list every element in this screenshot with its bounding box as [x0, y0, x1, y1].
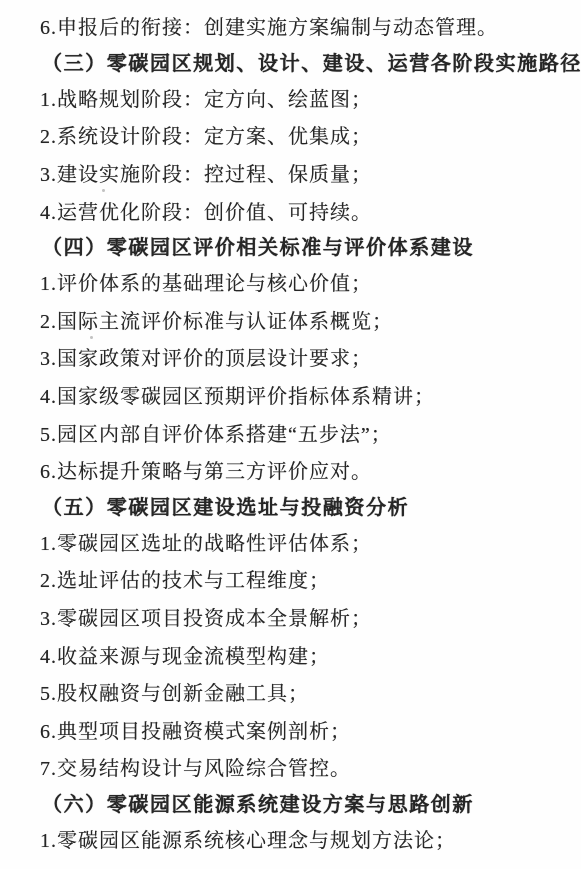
list-item: 6.申报后的衔接：创建实施方案编制与动态管理。 — [40, 7, 571, 45]
document-page: 6.申报后的衔接：创建实施方案编制与动态管理。 （三）零碳园区规划、设计、建设、… — [0, 0, 581, 869]
list-item: 5.股权融资与创新金融工具； — [40, 673, 571, 711]
list-item: 3.零碳园区项目投资成本全景解析； — [40, 598, 571, 636]
list-item: 3.建设实施阶段：控过程、保质量； — [40, 154, 571, 192]
scan-artifact — [102, 189, 105, 192]
list-item: 3.国家政策对评价的顶层设计要求； — [40, 338, 571, 376]
list-item: 2.选址评估的技术与工程维度； — [40, 560, 571, 598]
list-item: 4.收益来源与现金流模型构建； — [40, 635, 571, 673]
list-item: 2.国际主流评价标准与认证体系概览； — [40, 301, 571, 339]
list-item: 1.战略规划阶段：定方向、绘蓝图； — [40, 79, 571, 117]
list-item: 5.园区内部自评价体系搭建“五步法”； — [40, 413, 571, 451]
section-heading-6: （六）零碳园区能源系统建设方案与思路创新 — [40, 786, 571, 820]
list-item: 6.典型项目投融资模式案例剖析； — [40, 711, 571, 749]
list-item: 2.系统设计阶段：定方案、优集成； — [40, 116, 571, 154]
section-heading-3: （三）零碳园区规划、设计、建设、运营各阶段实施路径 — [40, 45, 571, 79]
list-item: 1.评价体系的基础理论与核心价值； — [40, 263, 571, 301]
list-item: 4.国家级零碳园区预期评价指标体系精讲； — [40, 376, 571, 414]
list-item: 1.零碳园区能源系统核心理念与规划方法论； — [40, 820, 571, 858]
list-item: 6.达标提升策略与第三方评价应对。 — [40, 451, 571, 489]
section-heading-4: （四）零碳园区评价相关标准与评价体系建设 — [40, 229, 571, 263]
scan-artifact — [90, 336, 93, 339]
list-item: 7.交易结构设计与风险综合管控。 — [40, 748, 571, 786]
list-item: 1.零碳园区选址的战略性评估体系； — [40, 523, 571, 561]
section-heading-5: （五）零碳园区建设选址与投融资分析 — [40, 489, 571, 523]
list-item: 4.运营优化阶段：创价值、可持续。 — [40, 191, 571, 229]
